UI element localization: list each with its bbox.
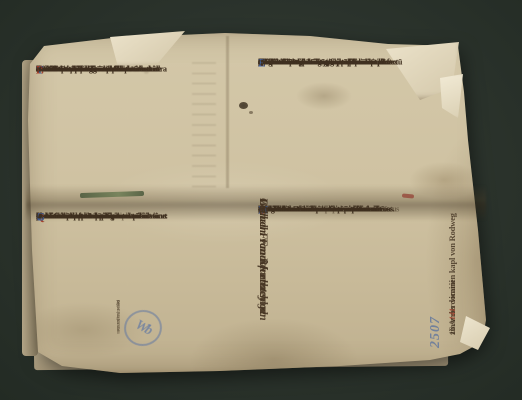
psalm-column-bottom-left: Et benedixit eis ad eū et multiplicati s… (36, 211, 212, 321)
manuscript-text-line: civitatē habitatiōis. et seminaverūt agr… (36, 64, 206, 75)
corner-scribble: deser psalm von berndt m kirchen segel A… (94, 300, 120, 362)
inscription-line: Lucham Franck erbteyl zc (255, 198, 270, 316)
archival-title-inscription: Wilhelm von Bernbach gen Grauel Franckfu… (224, 198, 270, 338)
stamp-monogram: Wb (132, 317, 153, 338)
red-foliation-number: 141 (448, 300, 460, 320)
ink-speck (249, 111, 253, 114)
vertical-crease (226, 36, 229, 188)
gothic-text: civitatē habitatiōis. et seminaverūt agr… (36, 64, 157, 75)
manuscript-photo: amaverūt ad dñm cū tribularentur: et des… (0, 0, 522, 400)
gothic-text: bus: et cōtaminata est in operibz eorū (258, 57, 372, 68)
manuscript-text-line: bus: et cōtaminata est in operibz eorū (258, 57, 448, 68)
shelfmark-number: 2507 (428, 298, 450, 348)
ink-blot (239, 102, 248, 109)
scribble-line: pg (114, 300, 121, 305)
